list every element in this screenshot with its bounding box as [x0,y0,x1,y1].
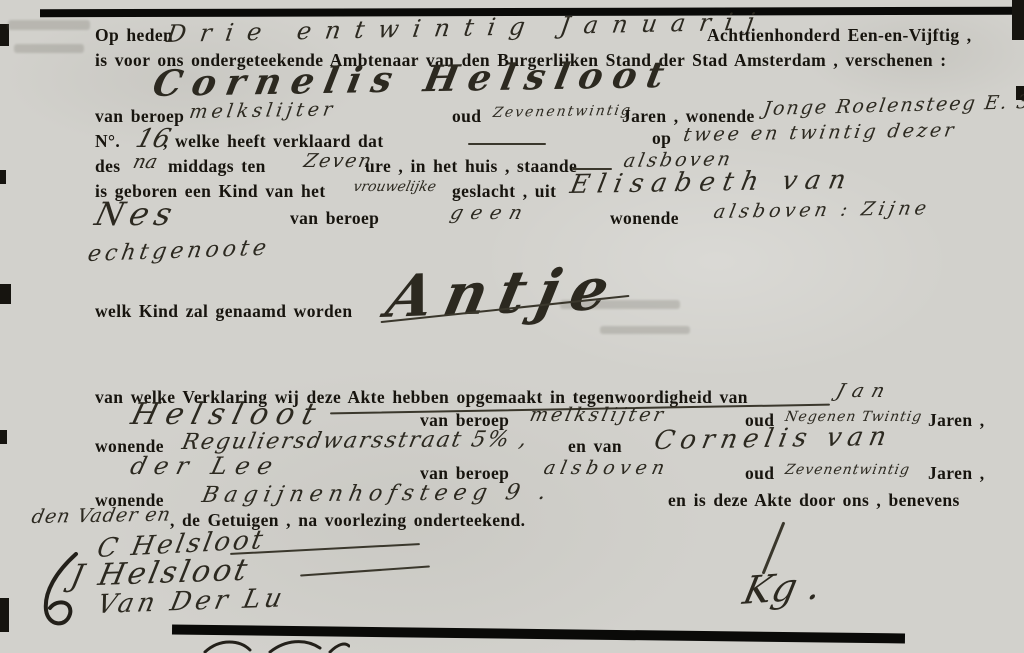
hw-declarant-beroep: melkslijter [188,100,338,122]
printed-van-beroep: van beroep [95,108,184,126]
hw-mother-relation: echtgenoote [86,237,272,266]
signature-flourish [36,552,88,632]
printed-middags-ten: middags ten [168,158,266,176]
hw-gender: vrouwelijke [352,180,437,194]
hw-declarant-age: Zevenentwintig [492,104,633,120]
scan-edge-mark [0,170,6,184]
hw-mother-address: alsboven : Zijne [712,199,932,222]
blank-dash [468,143,546,145]
hw-birth-day: twee en twintig dezer [682,121,958,145]
hw-witness1-beroep: melkslijter [528,406,668,425]
printed-jaren-w2: Jaren , [928,465,985,483]
hw-witness1-last: Helsloot [128,400,326,430]
printed-child-label: welk Kind zal genaamd worden [95,303,352,321]
printed-geslacht-uit: geslacht , uit [452,183,556,201]
hw-witness2-last: der Lee [128,454,283,478]
hw-witness1-address: Reguliersdwarsstraat 5% , [180,429,531,454]
hw-hour: Zeven [302,152,375,171]
printed-jaren-w1: Jaren , [928,412,985,430]
hw-witness1-first: Jan [834,382,895,401]
printed-des: des [95,158,121,176]
printed-van-beroep-mother: van beroep [290,210,379,228]
printed-year: Achttienhonderd Een-en-Vijftig , [707,27,972,45]
scan-edge-mark [0,598,9,632]
printed-ure-huis: ure , in het huis , staande [365,158,577,176]
signature-van-der-lee: Van Der Lu [95,585,288,618]
bleedthrough-text [8,20,90,30]
bleedthrough-text [14,44,84,53]
hw-mother-name-2: Nes [92,198,181,230]
printed-verklaard: , welke heeft verklaard dat [163,133,384,151]
cutoff-signature-fragment [200,638,350,653]
printed-closing-pre: en is deze Akte door ons , benevens [668,492,960,510]
bleedthrough-text [600,326,690,334]
printed-en-van: en van [568,438,622,456]
hw-daypart: na [131,153,159,172]
printed-op-heden: Op heden [95,27,173,45]
scan-edge-mark [0,430,7,444]
printed-op: op [652,130,671,148]
printed-oud-w2: oud [745,465,774,483]
hw-witness2-first: Cornelis van [652,424,894,454]
hw-witness2-age: Zevenentwintig [784,463,911,477]
hw-declarant-address: Jonge Roelensteeg E. 3 . [762,92,1024,119]
printed-oud: oud [452,108,481,126]
ink-flourish [300,565,430,576]
hw-mother-name-1: Elisabeth van [568,167,856,198]
scan-edge-mark [0,284,11,304]
scan-edge-mark [1012,0,1024,40]
hw-mother-beroep: geen [448,204,532,223]
hw-witness2-address: Bagijnenhofsteeg 9 . [200,482,554,507]
hw-den-vader: den Vader en [30,506,173,527]
birth-certificate-scan: Op heden Drie entwintig Januarij Achttie… [0,0,1024,653]
printed-wonende-mother: wonende [610,210,679,228]
printed-no: N°. [95,133,120,151]
hw-witness2-beroep: alsboven [542,459,671,478]
hw-declarant-name: Cornelis Helsloot [150,57,677,102]
clerk-paraaf: Kg . [740,566,825,610]
